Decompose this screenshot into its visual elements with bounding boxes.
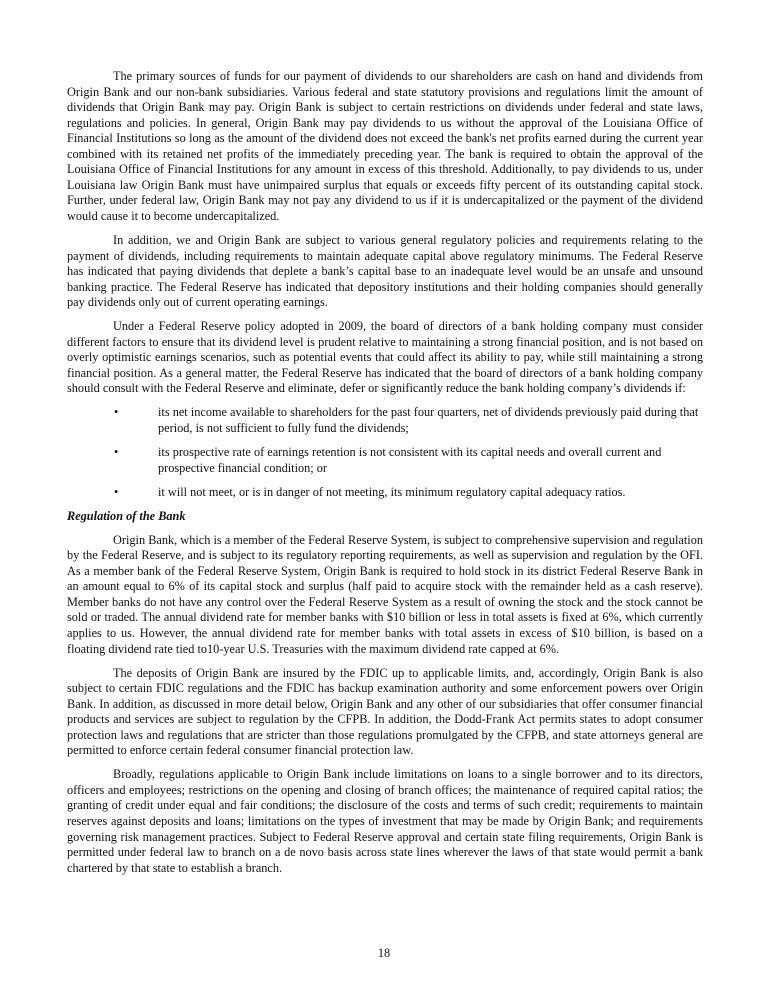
paragraph-dividend-sources: The primary sources of funds for our pay… — [67, 69, 703, 224]
list-item-text: its prospective rate of earnings retenti… — [158, 445, 661, 475]
list-item-text: its net income available to shareholders… — [158, 405, 698, 435]
bullet-icon: • — [114, 445, 118, 461]
list-item: • its prospective rate of earnings reten… — [67, 445, 703, 476]
section-heading: Regulation of the Bank — [67, 509, 703, 525]
bullet-icon: • — [114, 485, 118, 501]
paragraph-fdic: The deposits of Origin Bank are insured … — [67, 666, 703, 759]
list-item-text: it will not meet, or is in danger of not… — [158, 485, 626, 499]
bullet-icon: • — [114, 405, 118, 421]
paragraph-broad-regulations: Broadly, regulations applicable to Origi… — [67, 767, 703, 876]
paragraph-member-bank: Origin Bank, which is a member of the Fe… — [67, 533, 703, 657]
list-item: • it will not meet, or is in danger of n… — [67, 485, 703, 501]
list-item: • its net income available to shareholde… — [67, 405, 703, 436]
paragraph-regulatory-policies: In addition, we and Origin Bank are subj… — [67, 233, 703, 311]
document-page: The primary sources of funds for our pay… — [67, 69, 703, 885]
page-number: 18 — [0, 946, 768, 961]
dividend-conditions-list: • its net income available to shareholde… — [67, 405, 703, 500]
paragraph-federal-reserve-policy: Under a Federal Reserve policy adopted i… — [67, 319, 703, 397]
